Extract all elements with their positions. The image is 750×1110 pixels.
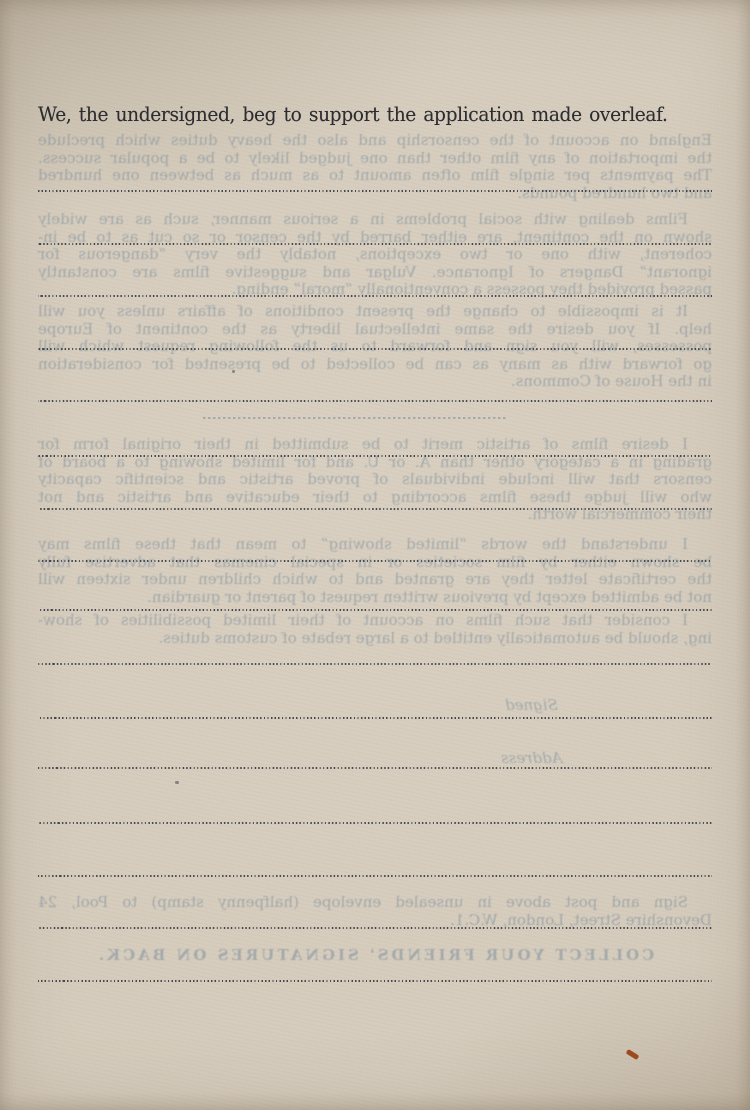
signature-dotted-line (38, 875, 712, 877)
page-title: We, the undersigned, beg to support the … (38, 102, 668, 126)
signature-dotted-line (38, 190, 712, 192)
bleedthrough-line: the importation of any film other than o… (38, 150, 712, 168)
bleedthrough-paragraph: Sign and post above in unsealed envelope… (38, 894, 712, 929)
bleedthrough-line: I desire films of artistic merit to be s… (38, 436, 712, 454)
bleedthrough-line: in the House of Commons. (38, 373, 712, 391)
bleedthrough-paragraph: I consider that such films on account of… (38, 612, 712, 647)
bleedthrough-line: coherent, with one or two exceptions, no… (38, 246, 712, 264)
bleedthrough-paragraph: I desire films of artistic merit to be s… (38, 436, 712, 524)
signature-dotted-line (38, 508, 712, 510)
bleedthrough-line: England on account of the censorship and… (38, 132, 712, 150)
bleedthrough-line: possesses, will you sign and forward to … (38, 338, 712, 356)
bleedthrough-line: The payments per single film often amoun… (38, 167, 712, 185)
bleedthrough-line: Sign and post above in unsealed envelope… (38, 894, 712, 912)
bleedthrough-banner: COLLECT YOUR FRIENDS' SIGNATURES ON BACK… (38, 946, 712, 964)
signature-dotted-line (38, 455, 712, 457)
bleedthrough-paragraph: It is impossible to change the present c… (38, 303, 712, 391)
bleedthrough-divider (203, 417, 506, 419)
bleedthrough-line: be shown either by film societies or in … (38, 554, 712, 572)
signature-dotted-line (38, 348, 712, 350)
ink-speck (175, 781, 179, 784)
bleedthrough-line: ignorant” Dangers of Ignorance. Vulgar a… (38, 264, 712, 282)
bleedthrough-line: censors that will include individuals of… (38, 471, 712, 489)
bleedthrough-paragraph: Films dealing with social problems in a … (38, 211, 712, 299)
signature-dotted-line (38, 560, 712, 562)
bleedthrough-line: the certificate letter they are granted … (38, 571, 712, 589)
signature-dotted-line (38, 609, 712, 611)
bleedthrough-line: I understand the words “limited showing”… (38, 536, 712, 554)
bleedthrough-line: go forward with as many as can be collec… (38, 356, 712, 374)
bleedthrough-signed-label: Signed (505, 696, 558, 714)
signature-dotted-line (38, 927, 712, 929)
bleedthrough-line: not be admitted except by previous writt… (38, 589, 712, 607)
ink-speck (232, 370, 235, 373)
bleedthrough-line: help. If you desire the same intellectua… (38, 321, 712, 339)
signature-dotted-line (38, 400, 712, 402)
bleedthrough-line: Films dealing with social problems in a … (38, 211, 712, 229)
signature-dotted-line (38, 822, 712, 824)
signature-dotted-line (38, 243, 712, 245)
scanned-petition-page: We, the undersigned, beg to support the … (0, 0, 750, 1110)
bleedthrough-line: and two hundred pounds. (38, 185, 712, 203)
bleedthrough-line: who will judge these films according to … (38, 489, 712, 507)
bleedthrough-line: ing, should be automatically entitled to… (38, 630, 712, 648)
signature-dotted-line (38, 663, 712, 665)
rust-speck (626, 1049, 640, 1060)
bleedthrough-address-label: Address (501, 749, 562, 767)
signature-dotted-line (38, 717, 712, 719)
signature-dotted-line (38, 767, 712, 769)
bleedthrough-line: I consider that such films on account of… (38, 612, 712, 630)
signature-dotted-line (38, 295, 712, 297)
bleedthrough-line: It is impossible to change the present c… (38, 303, 712, 321)
bleedthrough-paragraph: I understand the words “limited showing”… (38, 536, 712, 606)
signature-dotted-line (38, 980, 712, 982)
